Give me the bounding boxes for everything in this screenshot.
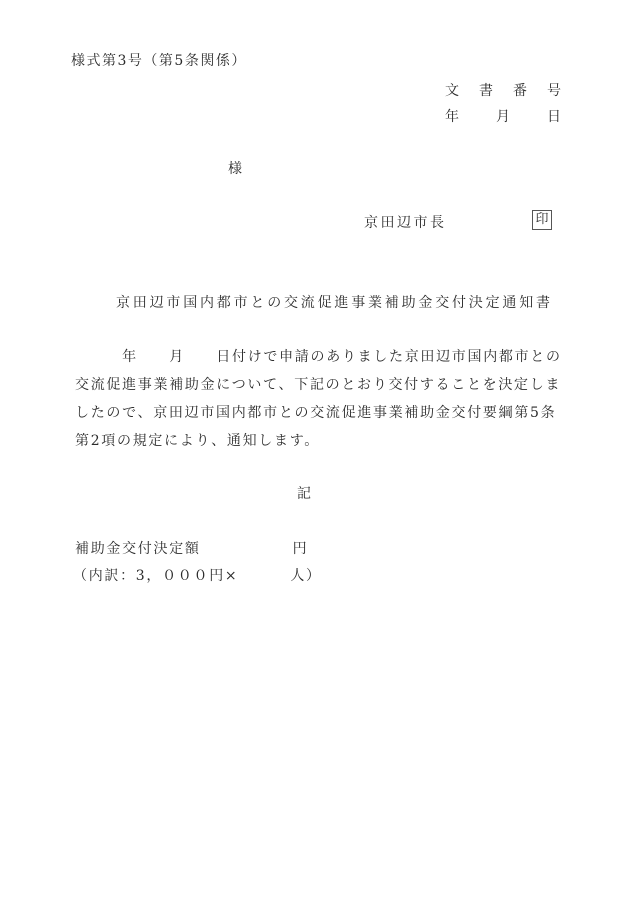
grant-amount-line: 補助金交付決定額円: [75, 538, 308, 558]
seal-character: 印: [535, 212, 548, 227]
people-count-blank: [238, 579, 290, 580]
grant-amount-label: 補助金交付決定額: [75, 541, 201, 557]
body-line: 第2項の規定により、通知します。: [75, 427, 562, 455]
breakdown-suffix: 人）: [290, 568, 321, 584]
date-placeholder-line: 年 月 日: [445, 106, 564, 126]
document-page: 様式第3号（第5条関係） 文 書 番 号 年 月 日 様 京田辺市長 印 京田辺…: [0, 0, 630, 903]
body-line: 年 月 日付けで申請のありました京田辺市国内都市との: [75, 343, 562, 371]
grant-breakdown-line: （内訳：3，０００円×人）: [73, 565, 322, 585]
sender-name: 京田辺市長: [364, 212, 447, 232]
doc-number-label: 文 書 番 号: [445, 80, 564, 100]
document-title: 京田辺市国内都市との交流促進事業補助金交付決定通知書: [116, 292, 553, 312]
body-line: したので、京田辺市国内都市との交流促進事業補助金交付要綱第5条: [75, 399, 562, 427]
record-marker: 記: [297, 483, 311, 503]
body-line: 交流促進事業補助金について、下記のとおり交付することを決定しま: [75, 371, 562, 399]
breakdown-prefix: （内訳：3，０００円×: [73, 568, 238, 584]
seal-box: 印: [532, 210, 552, 230]
grant-amount-unit: 円: [293, 541, 309, 557]
recipient-honorific: 様: [228, 158, 242, 178]
form-number: 様式第3号（第5条関係）: [71, 50, 247, 70]
amount-value-blank: [201, 552, 293, 553]
body-paragraph: 年 月 日付けで申請のありました京田辺市国内都市との 交流促進事業補助金について…: [75, 343, 562, 455]
